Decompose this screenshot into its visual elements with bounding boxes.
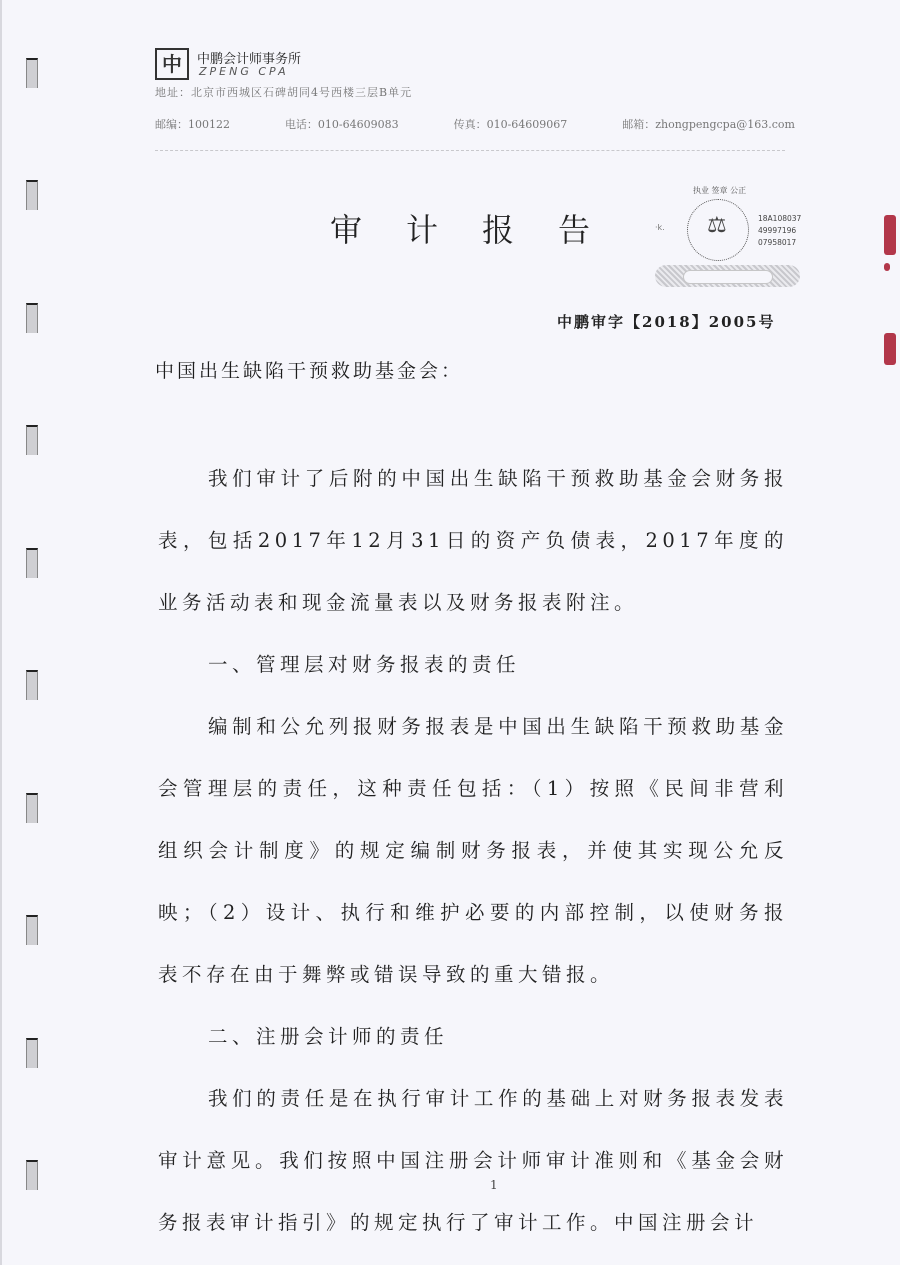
binder-hole bbox=[26, 915, 38, 945]
signature-smudge bbox=[655, 265, 800, 287]
seal-number: 49997196 bbox=[758, 225, 801, 237]
addressee: 中国出生缺陷干预救助基金会： bbox=[155, 356, 463, 383]
scales-emblem-icon: ⚖ bbox=[707, 213, 727, 238]
binder-hole bbox=[26, 670, 38, 700]
firm-address: 地址：北京市西城区石碑胡同4号西楼三层B单元 bbox=[155, 84, 412, 100]
binder-hole bbox=[26, 1038, 38, 1068]
header-divider bbox=[155, 150, 785, 151]
scan-edge bbox=[0, 0, 2, 1265]
cpa-seal: 执业 签章 公正 ⚖ ·k. 18A108037 49997196 079580… bbox=[655, 185, 830, 295]
seal-number: 07958017 bbox=[758, 237, 801, 249]
document-number: 中鹏审字【2018】2005号 bbox=[557, 311, 776, 332]
binder-hole bbox=[26, 303, 38, 333]
seal-top-text: 执业 签章 公正 bbox=[693, 185, 746, 196]
contact-row: 邮编：100122 电话：010-64609083 传真：010-6460906… bbox=[155, 116, 795, 132]
seal-mark: ·k. bbox=[655, 223, 665, 232]
intro-paragraph: 我们审计了后附的中国出生缺陷干预救助基金会财务报表，包括2017年12月31日的… bbox=[158, 448, 788, 634]
email: 邮箱：zhongpengcpa@163.com bbox=[622, 116, 795, 132]
phone: 电话：010-64609083 bbox=[285, 116, 399, 132]
seal-numbers: 18A108037 49997196 07958017 bbox=[758, 213, 801, 249]
document-title: 审计报告 bbox=[330, 205, 634, 251]
seal-number: 18A108037 bbox=[758, 213, 801, 225]
binder-hole bbox=[26, 425, 38, 455]
report-body: 我们审计了后附的中国出生缺陷干预救助基金会财务报表，包括2017年12月31日的… bbox=[158, 448, 788, 1254]
firm-name-en: ZPENG CPA bbox=[199, 65, 289, 78]
binder-hole bbox=[26, 793, 38, 823]
postcode: 邮编：100122 bbox=[155, 116, 230, 132]
fax: 传真：010-64609067 bbox=[454, 116, 568, 132]
firm-logo-icon: 中 bbox=[155, 48, 189, 80]
section-paragraph: 我们的责任是在执行审计工作的基础上对财务报表发表审计意见。我们按照中国注册会计师… bbox=[158, 1068, 788, 1254]
section-heading: 二、注册会计师的责任 bbox=[158, 1006, 788, 1068]
binder-hole bbox=[26, 58, 38, 88]
section-paragraph: 编制和公允列报财务报表是中国出生缺陷干预救助基金会管理层的责任，这种责任包括：（… bbox=[158, 696, 788, 1006]
binder-hole bbox=[26, 548, 38, 578]
binder-hole bbox=[26, 180, 38, 210]
binder-hole bbox=[26, 1160, 38, 1190]
section-heading: 一、管理层对财务报表的责任 bbox=[158, 634, 788, 696]
red-stamp-edge bbox=[884, 215, 898, 365]
page-number: 1 bbox=[490, 1178, 498, 1192]
